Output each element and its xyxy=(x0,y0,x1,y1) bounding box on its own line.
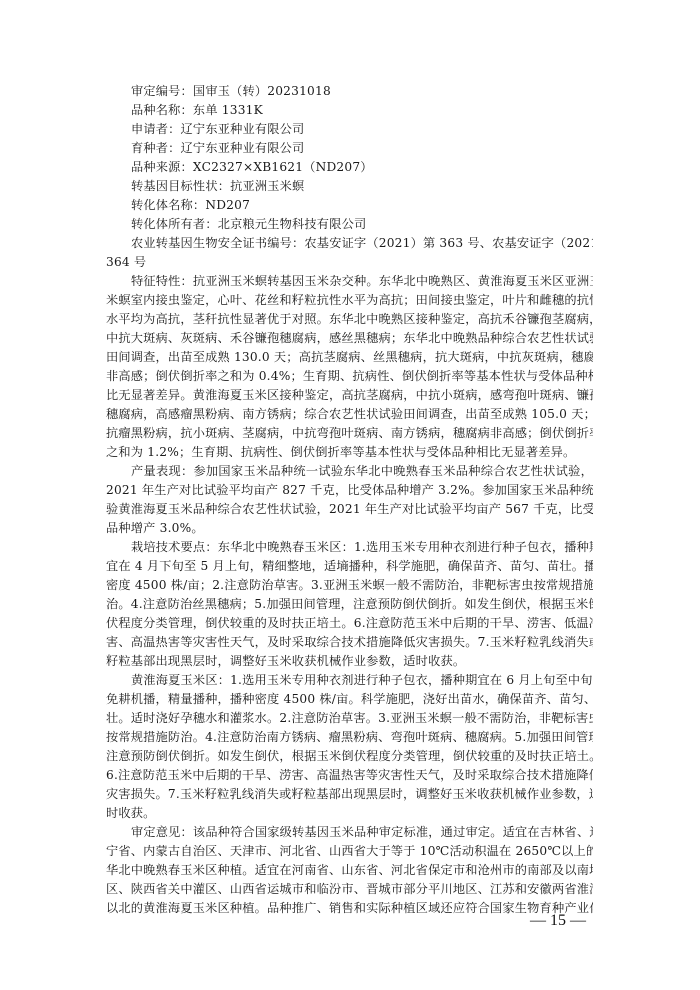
variety-source: 品种来源：XC2327×XB1621（ND207） xyxy=(106,158,593,177)
text-line: 农业转基因生物安全证书编号：农基安证字（2021）第 363 号、农基安证字（2… xyxy=(106,234,593,253)
text-line: 栽培技术要点：东华北中晚熟春玉米区：1.选用玉米专用种衣剂进行种子包衣，播种期 xyxy=(106,538,593,557)
text-line: 以北的黄淮海夏玉米区种植。品种推广、销售和实际种植区域还应符合国家生物育种产业化 xyxy=(106,899,593,918)
text-line: 364 号 xyxy=(106,253,593,272)
variety-name: 品种名称：东单 1331K xyxy=(106,101,593,120)
text-line: 黄淮海夏玉米区：1.选用玉米专用种衣剂进行种子包衣，播种期宜在 6 月上旬至中旬… xyxy=(106,671,593,690)
transformation-event-owner: 转化体所有者：北京粮元生物科技有限公司 xyxy=(106,215,593,234)
cultivation-huanghuaihai-paragraph: 黄淮海夏玉米区：1.选用玉米专用种衣剂进行种子包衣，播种期宜在 6 月上旬至中旬… xyxy=(106,671,593,823)
document-body: 审定编号：国审玉（转）20231018 品种名称：东单 1331K 申请者：辽宁… xyxy=(106,82,593,918)
text-line: 害、高温热害等灾害性天气，及时采取综合技术措施降低灾害损失。7.玉米籽粒乳线消失… xyxy=(106,633,593,652)
document-page: 审定编号：国审玉（转）20231018 品种名称：东单 1331K 申请者：辽宁… xyxy=(0,0,700,990)
characteristics-paragraph: 特征特性：抗亚洲玉米螟转基因玉米杂交种。东华北中晚熟区、黄淮海夏玉米区亚洲玉 米… xyxy=(106,272,593,462)
text-line: 中抗大斑病、灰斑病、禾谷镰孢穗腐病，感丝黑穗病；东华北中晚熟品种综合农艺性状试验 xyxy=(106,329,593,348)
variety-info-section: 审定编号：国审玉（转）20231018 品种名称：东单 1331K 申请者：辽宁… xyxy=(106,82,593,234)
text-line: 时收获。 xyxy=(106,804,593,823)
target-trait: 转基因目标性状：抗亚洲玉米螟 xyxy=(106,177,593,196)
text-line: 品种增产 3.0%。 xyxy=(106,519,593,538)
transformation-event-name: 转化体名称：ND207 xyxy=(106,196,593,215)
text-line: 籽粒基部出现黑层时，调整好玉米收获机械作业参数，适时收获。 xyxy=(106,652,593,671)
text-line: 之和为 1.2%；生育期、抗病性、倒伏倒折率等基本性状与受体品种相比无显著差异。 xyxy=(106,443,593,462)
text-line: 壮。适时浇好孕穗水和灌浆水。2.注意防治草害。3.亚洲玉米螟一般不需防治，非靶标… xyxy=(106,709,593,728)
approval-number: 审定编号：国审玉（转）20231018 xyxy=(106,82,593,101)
text-line: 伏程度分类管理，倒伏较重的及时扶正培土。6.注意防范玉米中后期的干旱、涝害、低温… xyxy=(106,614,593,633)
text-line: 米螟室内接虫鉴定，心叶、花丝和籽粒抗性水平为高抗；田间接虫鉴定，叶片和雌穗的抗性 xyxy=(106,291,593,310)
safety-certificate-paragraph: 农业转基因生物安全证书编号：农基安证字（2021）第 363 号、农基安证字（2… xyxy=(106,234,593,272)
text-line: 密度 4500 株/亩；2.注意防治草害。3.亚洲玉米螟一般不需防治，非靶标害虫… xyxy=(106,576,593,595)
text-line: 比无显著差异。黄淮海夏玉米区接种鉴定，高抗茎腐病，中抗小斑病，感弯孢叶斑病、镰孢 xyxy=(106,386,593,405)
text-line: 非高感；倒伏倒折率之和为 0.4%；生育期、抗病性、倒伏倒折率等基本性状与受体品… xyxy=(106,367,593,386)
text-line: 特征特性：抗亚洲玉米螟转基因玉米杂交种。东华北中晚熟区、黄淮海夏玉米区亚洲玉 xyxy=(106,272,593,291)
text-line: 宁省、内蒙古自治区、天津市、河北省、山西省大于等于 10℃活动积温在 2650℃… xyxy=(106,842,593,861)
text-line: 按常规措施防治。4.注意防治南方锈病、瘤黑粉病、弯孢叶斑病、穗腐病。5.加强田间… xyxy=(106,728,593,747)
text-line: 2021 年生产对比试验平均亩产 827 千克，比受体品种增产 3.2%。参加国… xyxy=(106,481,593,500)
approval-opinion-paragraph: 审定意见：该品种符合国家级转基因玉米品种审定标准，通过审定。适宜在吉林省、辽 宁… xyxy=(106,823,593,918)
text-line: 穗腐病，高感瘤黑粉病、南方锈病；综合农艺性状试验田间调查，出苗至成熟 105.0… xyxy=(106,405,593,424)
text-line: 抗瘤黑粉病，抗小斑病、茎腐病，中抗弯孢叶斑病、南方锈病，穗腐病非高感；倒伏倒折率 xyxy=(106,424,593,443)
applicant: 申请者：辽宁东亚种业有限公司 xyxy=(106,120,593,139)
text-line: 华北中晚熟春玉米区种植。适宜在河南省、山东省、河北省保定市和沧州市的南部及以南地 xyxy=(106,861,593,880)
cultivation-northeast-paragraph: 栽培技术要点：东华北中晚熟春玉米区：1.选用玉米专用种衣剂进行种子包衣，播种期 … xyxy=(106,538,593,671)
text-line: 验黄淮海夏玉米品种综合农艺性状试验，2021 年生产对比试验平均亩产 567 千… xyxy=(106,500,593,519)
text-line: 产量表现：参加国家玉米品种统一试验东华北中晚熟春玉米品种综合农艺性状试验， xyxy=(106,462,593,481)
text-line: 田间调查，出苗至成熟 130.0 天；高抗茎腐病、丝黑穗病，抗大斑病，中抗灰斑病… xyxy=(106,348,593,367)
text-line: 审定意见：该品种符合国家级转基因玉米品种审定标准，通过审定。适宜在吉林省、辽 xyxy=(106,823,593,842)
yield-performance-paragraph: 产量表现：参加国家玉米品种统一试验东华北中晚熟春玉米品种综合农艺性状试验， 20… xyxy=(106,462,593,538)
text-line: 区、陕西省关中灌区、山西省运城市和临汾市、晋城市部分平川地区、江苏和安徽两省淮河 xyxy=(106,880,593,899)
page-number: — 15 — xyxy=(530,912,586,930)
text-line: 灾害损失。7.玉米籽粒乳线消失或籽粒基部出现黑层时，调整好玉米收获机械作业参数，… xyxy=(106,785,593,804)
text-line: 水平均为高抗，茎秆抗性显著优于对照。东华北中晚熟区接种鉴定，高抗禾谷镰孢茎腐病， xyxy=(106,310,593,329)
text-line: 宜在 4 月下旬至 5 月上旬，精细整地，适墒播种，科学施肥，确保苗齐、苗匀、苗… xyxy=(106,557,593,576)
text-line: 6.注意防范玉米中后期的干旱、涝害、高温热害等灾害性天气，及时采取综合技术措施降… xyxy=(106,766,593,785)
text-line: 注意预防倒伏倒折。如发生倒伏，根据玉米倒伏程度分类管理，倒伏较重的及时扶正培土。 xyxy=(106,747,593,766)
breeder: 育种者：辽宁东亚种业有限公司 xyxy=(106,139,593,158)
text-line: 免耕机播，精量播种，播种密度 4500 株/亩。科学施肥，浇好出苗水，确保苗齐、… xyxy=(106,690,593,709)
text-line: 治。4.注意防治丝黑穗病；5.加强田间管理，注意预防倒伏倒折。如发生倒伏，根据玉… xyxy=(106,595,593,614)
